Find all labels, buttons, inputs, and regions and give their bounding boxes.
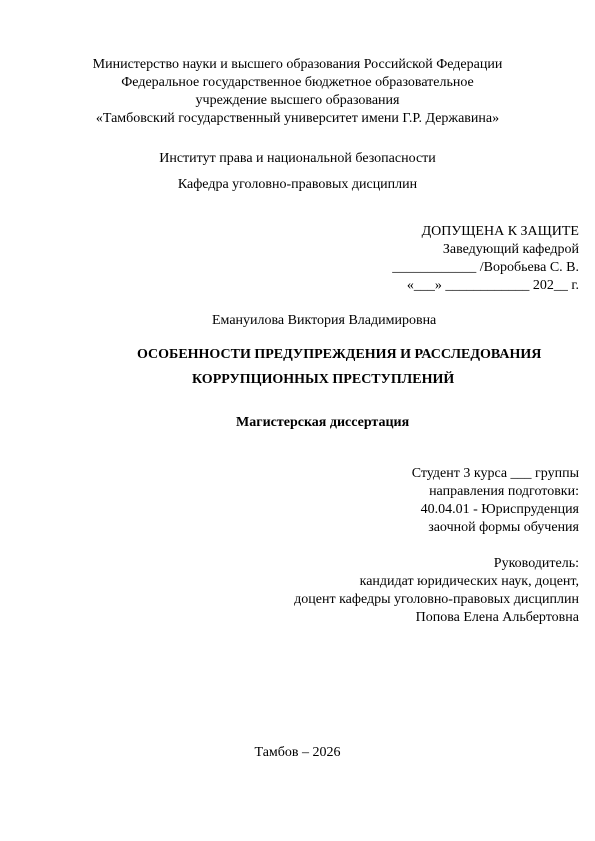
- student-direction-label: направления подготовки:: [429, 483, 579, 500]
- supervisor-position: доцент кафедры уголовно-правовых дисципл…: [294, 591, 579, 608]
- institute-name: Институт права и национальной безопаснос…: [0, 150, 595, 167]
- approval-date: «___» ____________ 202__ г.: [407, 277, 579, 294]
- thesis-type: Магистерская диссертация: [236, 414, 409, 431]
- supervisor-label: Руководитель:: [494, 555, 579, 572]
- approval-title: ДОПУЩЕНА К ЗАЩИТЕ: [422, 223, 579, 240]
- approval-signature: ____________ /Воробьева С. В.: [392, 259, 579, 276]
- supervisor-degree: кандидат юридических наук, доцент,: [360, 573, 579, 590]
- thesis-title-line2: КОРРУПЦИОННЫХ ПРЕСТУПЛЕНИЙ: [192, 371, 454, 388]
- student-direction: 40.04.01 - Юриспруденция: [421, 501, 579, 518]
- university-name: «Тамбовский государственный университет …: [0, 110, 595, 127]
- institution-level-line: учреждение высшего образования: [0, 92, 595, 109]
- thesis-title-line1: ОСОБЕННОСТИ ПРЕДУПРЕЖДЕНИЯ И РАССЛЕДОВАН…: [137, 346, 541, 363]
- student-course: Студент 3 курса ___ группы: [412, 465, 579, 482]
- student-study-form: заочной формы обучения: [428, 519, 579, 536]
- author-name: Емануилова Виктория Владимировна: [212, 312, 436, 329]
- ministry-line: Министерство науки и высшего образования…: [0, 56, 595, 73]
- department-name: Кафедра уголовно-правовых дисциплин: [0, 176, 595, 193]
- city-year: Тамбов – 2026: [0, 744, 595, 761]
- approval-role: Заведующий кафедрой: [443, 241, 579, 258]
- supervisor-name: Попова Елена Альбертовна: [416, 609, 579, 626]
- institution-type-line: Федеральное государственное бюджетное об…: [0, 74, 595, 91]
